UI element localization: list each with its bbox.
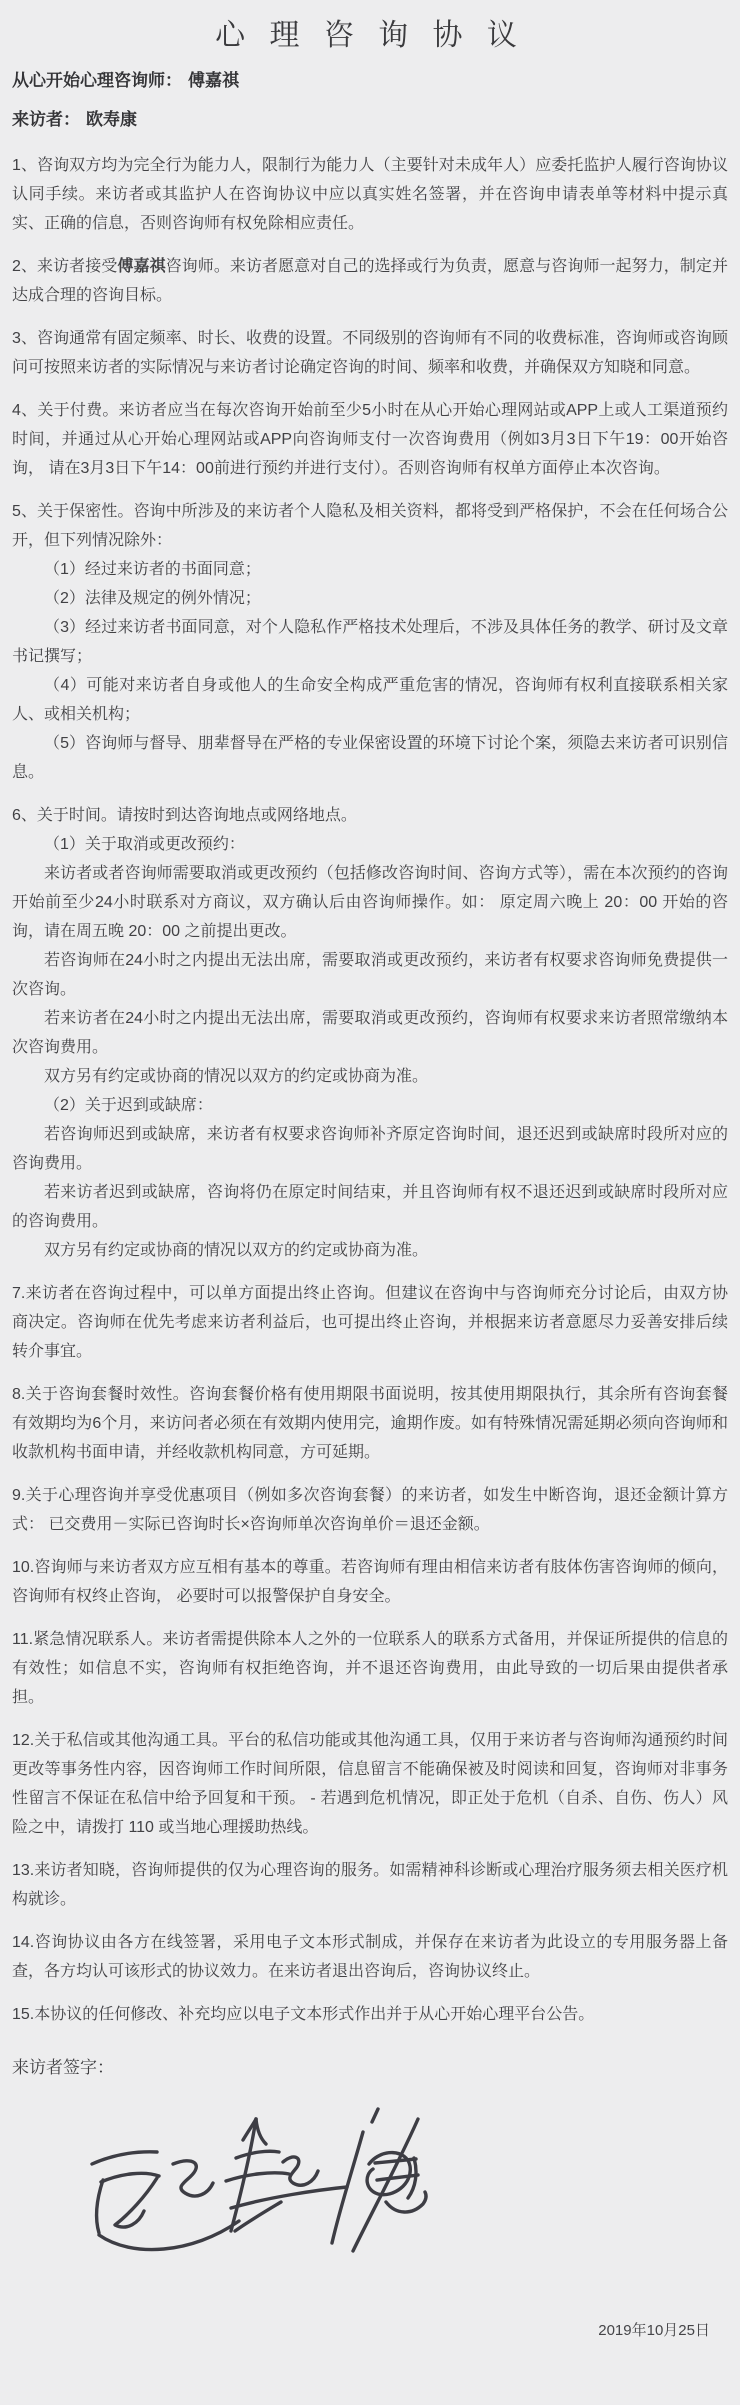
agreement-clauses: 1、咨询双方均为完全行为能力人，限制行为能力人（主要针对未成年人）应委托监护人履…	[12, 151, 728, 2029]
clause-paragraph: （1）经过来访者的书面同意；	[12, 555, 728, 584]
clause-paragraph: 若来访者迟到或缺席，咨询将仍在原定时间结束，并且咨询师有权不退还迟到或缺席时段所…	[12, 1178, 728, 1236]
clause-paragraph: 2、来访者接受傅嘉祺咨询师。来访者愿意对自己的选择或行为负责，愿意与咨询师一起努…	[12, 252, 728, 310]
clause-paragraph: 14.咨询协议由各方在线签署，采用电子文本形式制成，并保存在来访者为此设立的专用…	[12, 1928, 728, 1986]
clause-paragraph: 3、咨询通常有固定频率、时长、收费的设置。不同级别的咨询师有不同的收费标准，咨询…	[12, 324, 728, 382]
clause-paragraph: 6、关于时间。请按时到达咨询地点或网络地点。	[12, 801, 728, 830]
counselor-label: 从心开始心理咨询师：	[12, 71, 182, 90]
clause-paragraph: （1）关于取消或更改预约：	[12, 830, 728, 859]
clause-paragraph: 15.本协议的任何修改、补充均应以电子文本形式作出并于从心开始心理平台公告。	[12, 2000, 728, 2029]
counselor-line: 从心开始心理咨询师：傅嘉祺	[12, 70, 728, 92]
signature-label: 来访者签字：	[12, 2053, 728, 2078]
clause-paragraph: 4、关于付费。来访者应当在每次咨询开始前至少5小时在从心开始心理网站或APP上或…	[12, 396, 728, 483]
clause-paragraph: （2）法律及规定的例外情况；	[12, 584, 728, 613]
clause-paragraph: （3）经过来访者书面同意，对个人隐私作严格技术处理后，不涉及具体任务的教学、研讨…	[12, 613, 728, 671]
visitor-name: 欧寿康	[86, 110, 137, 129]
clause-paragraph: 9.关于心理咨询并享受优惠项目（例如多次咨询套餐）的来访者，如发生中断咨询，退还…	[12, 1481, 728, 1539]
clause-paragraph: 若咨询师迟到或缺席，来访者有权要求咨询师补齐原定咨询时间，退还迟到或缺席时段所对…	[12, 1120, 728, 1178]
page-title: 心 理 咨 询 协 议	[12, 10, 728, 54]
counselor-name: 傅嘉祺	[188, 71, 239, 90]
clause-paragraph: 双方另有约定或协商的情况以双方的约定或协商为准。	[12, 1062, 728, 1091]
agreement-document: 心 理 咨 询 协 议 从心开始心理咨询师：傅嘉祺 来访者：欧寿康 1、咨询双方…	[0, 0, 740, 2405]
clause-paragraph: （5）咨询师与督导、朋辈督导在严格的专业保密设置的环境下讨论个案，须隐去来访者可…	[12, 729, 728, 787]
clause-paragraph: 来访者或者咨询师需要取消或更改预约（包括修改咨询时间、咨询方式等），需在本次预约…	[12, 859, 728, 946]
clause-paragraph: 1、咨询双方均为完全行为能力人，限制行为能力人（主要针对未成年人）应委托监护人履…	[12, 151, 728, 238]
visitor-signature-image	[72, 2102, 432, 2262]
clause-paragraph: 10.咨询师与来访者双方应互相有基本的尊重。若咨询师有理由相信来访者有肢体伤害咨…	[12, 1553, 728, 1611]
signature-section: 来访者签字：	[12, 2053, 728, 2267]
clause-paragraph: 双方另有约定或协商的情况以双方的约定或协商为准。	[12, 1236, 728, 1265]
visitor-label: 来访者：	[12, 110, 80, 129]
clause-paragraph: 12.关于私信或其他沟通工具。平台的私信功能或其他沟通工具，仅用于来访者与咨询师…	[12, 1726, 728, 1842]
clause-paragraph: 11.紧急情况联系人。来访者需提供除本人之外的一位联系人的联系方式备用，并保证所…	[12, 1625, 728, 1712]
clause-paragraph: 5、关于保密性。咨询中所涉及的来访者个人隐私及相关资料，都将受到严格保护，不会在…	[12, 497, 728, 555]
clause-paragraph: 13.来访者知晓，咨询师提供的仅为心理咨询的服务。如需精神科诊断或心理治疗服务须…	[12, 1856, 728, 1914]
signature-date: 2019年10月25日	[12, 2319, 728, 2340]
clause-paragraph: 8.关于咨询套餐时效性。咨询套餐价格有使用期限书面说明，按其使用期限执行，其余所…	[12, 1380, 728, 1467]
clause-paragraph: 若咨询师在24小时之内提出无法出席，需要取消或更改预约，来访者有权要求咨询师免费…	[12, 946, 728, 1004]
clause-paragraph: 7.来访者在咨询过程中，可以单方面提出终止咨询。但建议在咨询中与咨询师充分讨论后…	[12, 1279, 728, 1366]
clause-paragraph: 若来访者在24小时之内提出无法出席，需要取消或更改预约，咨询师有权要求来访者照常…	[12, 1004, 728, 1062]
clause-paragraph: （4）可能对来访者自身或他人的生命安全构成严重危害的情况，咨询师有权利直接联系相…	[12, 671, 728, 729]
clause-paragraph: （2）关于迟到或缺席：	[12, 1091, 728, 1120]
visitor-line: 来访者：欧寿康	[12, 109, 728, 131]
